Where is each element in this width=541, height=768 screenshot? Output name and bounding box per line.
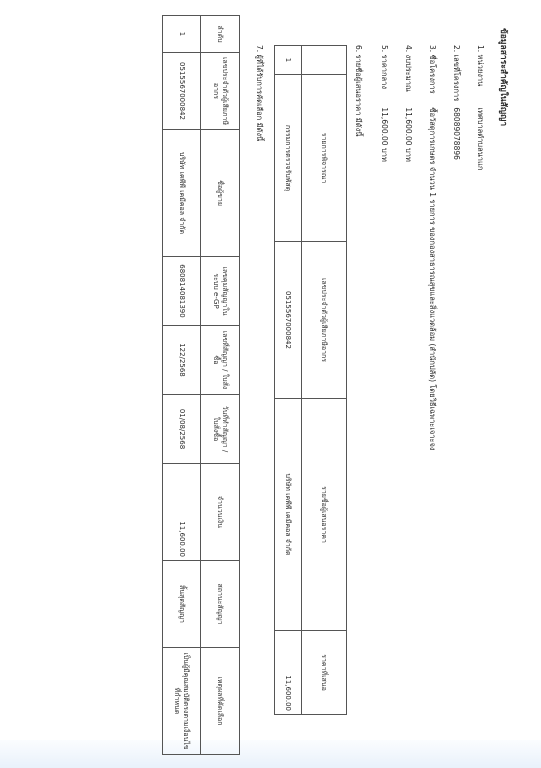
table-cell: 1: [163, 16, 201, 53]
table-cell: เป็นผู้มีคุณสมบัติตรงตามเงื่อนไขที่กำหนด: [163, 648, 201, 755]
field-value: 11,600.00 บาท: [402, 107, 414, 161]
table-header: เลขที่สัญญา / ใบสั่งซื้อ: [201, 326, 240, 395]
table-cell: บริษัท เคพีพี เคมีคอล จำกัด: [275, 399, 302, 631]
table-cell: 0515567000842: [163, 53, 201, 130]
selected-vendor-table: ลำดับ เลขประจำตัวผู้เสียภาษีอากร ชื่อผู้…: [162, 15, 240, 755]
table-cell: บริษัท เคพีพี เคมีคอล จำกัด: [163, 130, 201, 257]
field-median-price: 5. ราคากลาง 11,600.00 บาท: [378, 45, 390, 162]
field-project-name: 3. ชื่อโครงการ ซื้อวัสดุการเกษตร จำนวน 1…: [426, 45, 438, 451]
field-label: 4. งบประมาณ: [402, 45, 414, 105]
section-6-title: 6. รายชื่อผู้เสนอราคา มีดังนี้: [352, 45, 364, 136]
table-header: เลขคุมสัญญาในระบบ e-GP: [201, 257, 240, 326]
table-header: วันที่ทำสัญญา / ใบสั่งซื้อ: [201, 395, 240, 464]
table-header: ชื่อผู้ขาย: [201, 130, 240, 257]
document-title: ข้อมูลสาระสำคัญในสัญญา: [497, 28, 511, 126]
table-header: รายชื่อผู้เสนอราคา: [302, 399, 347, 631]
table-header-row: ลำดับ เลขประจำตัวผู้เสียภาษีอากร ชื่อผู้…: [201, 16, 240, 755]
table-header: ราคาที่เสนอ: [302, 631, 347, 715]
rotated-document-page: ข้อมูลสาระสำคัญในสัญญา 1. หน่วยงาน เทศบา…: [0, 0, 541, 768]
table-cell: 122/2568: [163, 326, 201, 395]
table-row: 1 0515567000842 บริษัท เคพีพี เคมีคอล จำ…: [163, 16, 201, 755]
field-value: 11,600.00 บาท: [378, 107, 390, 161]
table-header: ลำดับ: [201, 16, 240, 53]
field-value: 68089078896: [452, 107, 461, 160]
table-row: 1 กรรมการตรวจรับพัสดุ 0515567000842 บริษ…: [275, 46, 302, 715]
field-label: 3. ชื่อโครงการ: [426, 45, 438, 105]
table-header: สถานะสัญญา: [201, 561, 240, 648]
table-header: จำนวนเงิน: [201, 464, 240, 561]
table-cell: สิ้นสุดสัญญา: [163, 561, 201, 648]
field-label: 1. หน่วยงาน: [474, 45, 486, 105]
field-agency: 1. หน่วยงาน เทศบาลตำบลนาแก: [474, 45, 486, 170]
field-label: 2. เลขที่โครงการ: [450, 45, 462, 105]
bidders-table: รายการพิจารณา เลขประจำตัวผู้เสียภาษีอากร…: [274, 45, 347, 715]
field-value: เทศบาลตำบลนาแก: [474, 107, 486, 170]
table-cell: 1: [275, 46, 302, 75]
field-label: 5. ราคากลาง: [378, 45, 390, 105]
table-header-row: รายการพิจารณา เลขประจำตัวผู้เสียภาษีอากร…: [302, 46, 347, 715]
field-project-number: 2. เลขที่โครงการ 68089078896: [450, 45, 462, 160]
table-cell: 0515567000842: [275, 242, 302, 399]
table-cell: 11,600.00: [163, 464, 201, 561]
table-cell: 680814081390: [163, 257, 201, 326]
table-header: เหตุผลที่คัดเลือก: [201, 648, 240, 755]
table-header: เลขประจำตัวผู้เสียภาษีอากร: [201, 53, 240, 130]
table-header: [302, 46, 347, 75]
table-header: รายการพิจารณา: [302, 75, 347, 242]
table-cell: 01/08/2568: [163, 395, 201, 464]
section-7-title: 7. ผู้ที่ได้รับการคัดเลือก มีดังนี้: [253, 45, 265, 141]
field-budget: 4. งบประมาณ 11,600.00 บาท: [402, 45, 414, 162]
table-cell: 11,600.00: [275, 631, 302, 715]
field-value: ซื้อวัสดุการเกษตร จำนวน 1 รายการ ของกองส…: [426, 107, 438, 450]
table-header: เลขประจำตัวผู้เสียภาษีอากร: [302, 242, 347, 399]
table-cell: กรรมการตรวจรับพัสดุ: [275, 75, 302, 242]
